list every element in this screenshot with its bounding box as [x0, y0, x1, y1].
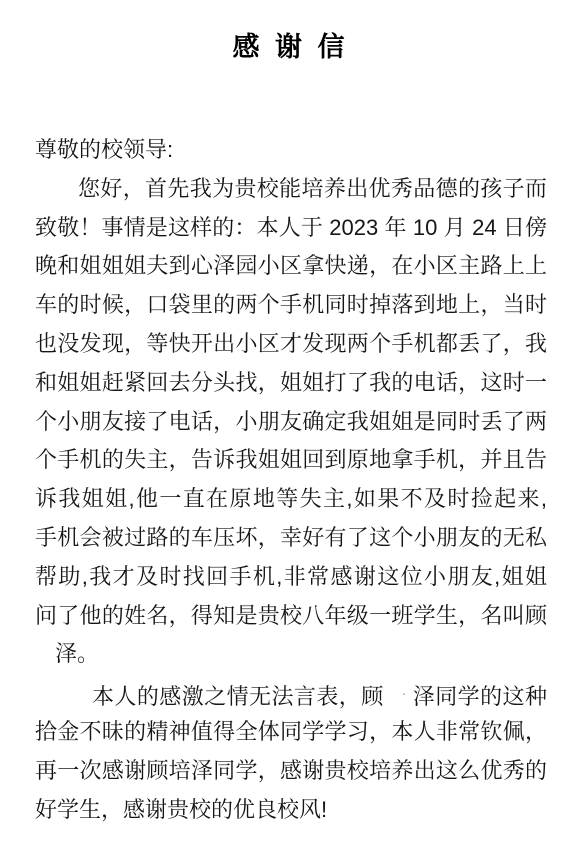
letter-line: 也没发现，等快开出小区才发现两个手机都丢了，我 [35, 325, 547, 364]
letter-line: 帮助,我才及时找回手机,非常感谢这位小朋友,姐姐 [35, 558, 547, 597]
salutation-line: 尊敬的校领导: [35, 131, 547, 170]
letter-line: 拾金不昧的精神值得全体同学学习，本人非常钦佩， [35, 713, 547, 752]
letter-line: 诉我姐姐,他一直在原地等失主,如果不及时捡起来, [35, 480, 547, 519]
letter-line: 个手机的失主，告诉我姐姐回到原地拿手机，并且告 [35, 441, 547, 480]
letter-line: 手机会被过路的车压坏，幸好有了这个小朋友的无私 [35, 519, 547, 558]
letter-line: 个小朋友接了电话，小朋友确定我姐姐是同时丢了两 [35, 403, 547, 442]
document-page: 感 谢 信 尊敬的校领导: 您好，首先我为贵校能培养出优秀品德的孩子而 致敬！事… [0, 0, 581, 868]
letter-line: 晚和姐姐姐夫到心泽园小区拿快递，在小区主路上上 [35, 247, 547, 286]
letter-title: 感 谢 信 [0, 0, 581, 67]
letter-line: 您好，首先我为贵校能培养出优秀品德的孩子而 [35, 170, 547, 209]
letter-line-text: 本人的感激之情无法言表，顾 [92, 684, 384, 709]
letter-line: 泽。 [35, 635, 547, 674]
letter-line: 和姐姐赶紧回去分头找，姐姐打了我的电话，这时一 [35, 364, 547, 403]
letter-line: 本人的感激之情无法言表，顾·泽同学的这种 [35, 674, 547, 713]
letter-body: 尊敬的校领导: 您好，首先我为贵校能培养出优秀品德的孩子而 致敬！事情是这样的：… [35, 131, 547, 829]
letter-line: 再一次感谢顾培泽同学，感谢贵校培养出这么优秀的 [35, 752, 547, 791]
censored-char-dot: · [384, 685, 413, 701]
letter-line-text: 泽同学的这种 [412, 684, 547, 709]
letter-line: 问了他的姓名，得知是贵校八年级一班学生，名叫顾 [35, 597, 547, 636]
letter-line: 致敬！事情是这样的：本人于 2023 年 10 月 24 日傍 [35, 209, 547, 248]
letter-line: 好学生，感谢贵校的优良校风! [35, 791, 547, 830]
letter-line: 车的时候，口袋里的两个手机同时掉落到地上，当时 [35, 286, 547, 325]
